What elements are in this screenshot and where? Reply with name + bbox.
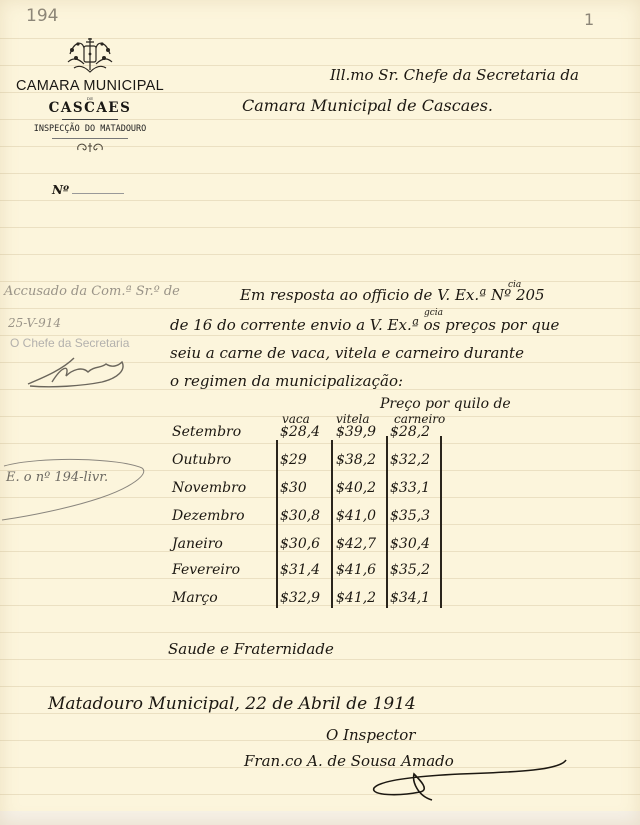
price-carneiro: $35,2 bbox=[390, 562, 430, 578]
secretary-stamp: O Chefe da Secretaria bbox=[10, 336, 129, 350]
price-carneiro: $34,1 bbox=[390, 590, 430, 606]
addressee-line-2: Camara Municipal de Cascaes. bbox=[242, 96, 493, 115]
closing-salutation: Saude e Fraternidade bbox=[168, 640, 334, 658]
secretary-signature-icon bbox=[22, 352, 142, 392]
page-number: 1 bbox=[584, 10, 594, 29]
price-table-heading: Preço por quilo de bbox=[380, 396, 511, 412]
price-vaca: $30,6 bbox=[280, 536, 320, 552]
price-vitela: $38,2 bbox=[336, 452, 376, 468]
table-row: Fevereiro $31,4 $41,6 $35,2 bbox=[0, 562, 640, 592]
margin-receipt-date: 25-V-914 bbox=[8, 316, 61, 330]
letterhead-department: INSPECÇÃO DO MATADOURO bbox=[16, 124, 164, 134]
letterhead-divider bbox=[62, 119, 118, 120]
body-line-4: o regimen da municipalização: bbox=[170, 372, 403, 390]
month-label: Dezembro bbox=[172, 508, 245, 524]
month-label: Setembro bbox=[172, 424, 241, 440]
table-row: Dezembro $30,8 $41,0 $35,3 bbox=[0, 508, 640, 538]
body-line-1-superscript: cia bbox=[508, 280, 521, 290]
number-label: Nº bbox=[52, 183, 69, 197]
margin-receipt-note: Accusado da Com.ª Sr.º de bbox=[4, 284, 180, 299]
archive-number: 194 bbox=[26, 6, 58, 26]
signatory-title: O Inspector bbox=[326, 726, 415, 744]
body-line-2-superscript: gcia bbox=[424, 308, 443, 318]
table-row: Setembro $28,4 $39,9 $28,2 bbox=[0, 424, 640, 454]
month-label: Janeiro bbox=[172, 536, 223, 552]
price-vaca: $30,8 bbox=[280, 508, 320, 524]
price-vaca: $29 bbox=[280, 452, 307, 468]
table-row: Outubro $29 $38,2 $32,2 bbox=[0, 452, 640, 482]
page-bottom-margin bbox=[0, 811, 640, 825]
price-vitela: $41,6 bbox=[336, 562, 376, 578]
addressee-line-1: Ill.mo Sr. Chefe da Secretaria da bbox=[330, 66, 579, 84]
body-line-2: de 16 do corrente envio a V. Ex.ª os pre… bbox=[170, 316, 559, 334]
table-row: Novembro $30 $40,2 $33,1 bbox=[0, 480, 640, 510]
price-vitela: $41,0 bbox=[336, 508, 376, 524]
price-carneiro: $33,1 bbox=[390, 480, 430, 496]
month-label: Outubro bbox=[172, 452, 231, 468]
letterhead-city: CASCAES bbox=[16, 100, 164, 116]
price-vitela: $39,9 bbox=[336, 424, 376, 440]
price-carneiro: $32,2 bbox=[390, 452, 430, 468]
place-and-date: Matadouro Municipal, 22 de Abril de 1914 bbox=[48, 694, 416, 714]
signature-flourish-icon bbox=[360, 756, 570, 806]
price-carneiro: $28,2 bbox=[390, 424, 430, 440]
price-vaca: $32,9 bbox=[280, 590, 320, 606]
price-vaca: $28,4 bbox=[280, 424, 320, 440]
body-line-3: seiu a carne de vaca, vitela e carneiro … bbox=[170, 344, 524, 362]
letterhead-title: CAMARA MUNICIPAL bbox=[16, 78, 164, 94]
price-vitela: $40,2 bbox=[336, 480, 376, 496]
flourish-ornament-icon bbox=[74, 140, 106, 154]
body-line-1: Em resposta ao officio de V. Ex.ª Nº 205 bbox=[240, 286, 545, 304]
price-vitela: $42,7 bbox=[336, 536, 376, 552]
price-carneiro: $30,4 bbox=[390, 536, 430, 552]
price-vitela: $41,2 bbox=[336, 590, 376, 606]
month-label: Março bbox=[172, 590, 218, 606]
document-page: 194 1 CAMARA MUNICIPAL DE CASCAES INSPEC… bbox=[0, 0, 640, 825]
price-vaca: $31,4 bbox=[280, 562, 320, 578]
coat-of-arms-icon bbox=[64, 34, 116, 74]
table-row: Março $32,9 $41,2 $34,1 bbox=[0, 590, 640, 620]
number-field-line bbox=[72, 193, 124, 194]
letterhead-divider-2 bbox=[52, 138, 128, 139]
month-label: Novembro bbox=[172, 480, 246, 496]
price-carneiro: $35,3 bbox=[390, 508, 430, 524]
price-vaca: $30 bbox=[280, 480, 307, 496]
month-label: Fevereiro bbox=[172, 562, 240, 578]
